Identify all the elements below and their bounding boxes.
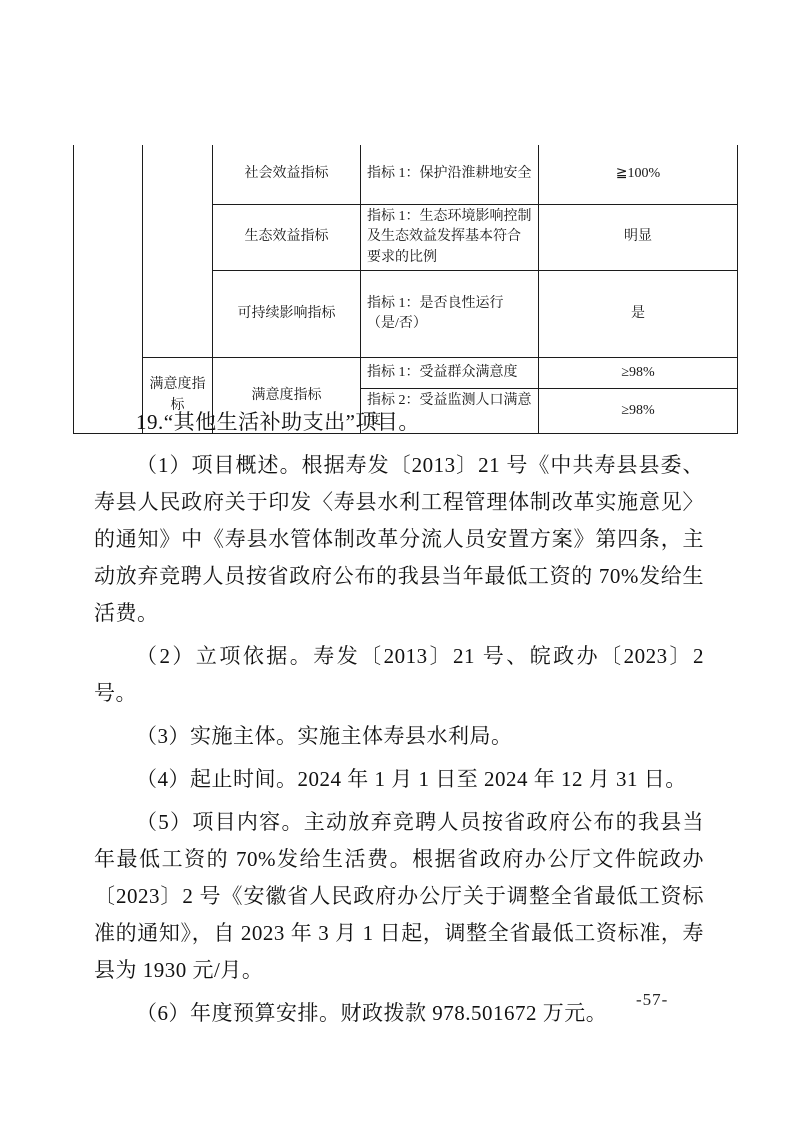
paragraph-annual-budget: （6）年度预算安排。财政拨款 978.501672 万元。 xyxy=(94,995,704,1032)
document-page: 社会效益指标 指标 1：保护沿淮耕地安全 ≧100% 生态效益指标 指标 1：生… xyxy=(0,0,795,1122)
performance-indicator-table: 社会效益指标 指标 1：保护沿淮耕地安全 ≧100% 生态效益指标 指标 1：生… xyxy=(73,145,738,434)
document-body: 19.“其他生活补助支出”项目。 （1）项目概述。根据寿发〔2013〕21 号《… xyxy=(94,404,704,1038)
table-cell-indicator: 指标 1：生态环境影响控制及生态效益发挥基本符合要求的比例 xyxy=(361,205,539,271)
table-cell-value: ≥98% xyxy=(539,357,738,388)
table-cell-value: ≧100% xyxy=(539,145,738,205)
table-cell-indicator: 指标 1：是否良性运行（是/否） xyxy=(361,270,539,357)
table-cell-category: 生态效益指标 xyxy=(213,205,361,271)
page-number: -57- xyxy=(636,990,668,1010)
paragraph-project-overview: （1）项目概述。根据寿发〔2013〕21 号《中共寿县县委、寿县人民政府关于印发… xyxy=(94,447,704,632)
table-cell-indicator: 指标 1：保护沿淮耕地安全 xyxy=(361,145,539,205)
table-row: 社会效益指标 指标 1：保护沿淮耕地安全 ≧100% xyxy=(74,145,738,205)
paragraph-time-span: （4）起止时间。2024 年 1 月 1 日至 2024 年 12 月 31 日… xyxy=(94,761,704,798)
paragraph-implementing-body: （3）实施主体。实施主体寿县水利局。 xyxy=(94,718,704,755)
table-cell-value: 是 xyxy=(539,270,738,357)
table-cell-indicator: 指标 1：受益群众满意度 xyxy=(361,357,539,388)
table-cell-empty-group xyxy=(143,145,213,357)
table-cell-empty-left xyxy=(74,145,143,434)
table-cell-category: 社会效益指标 xyxy=(213,145,361,205)
section-heading: 19.“其他生活补助支出”项目。 xyxy=(94,404,704,441)
paragraph-approval-basis: （2）立项依据。寿发〔2013〕21 号、皖政办〔2023〕2 号。 xyxy=(94,638,704,712)
table-cell-category: 可持续影响指标 xyxy=(213,270,361,357)
table-cell-value: 明显 xyxy=(539,205,738,271)
paragraph-project-content: （5）项目内容。主动放弃竞聘人员按省政府公布的我县当年最低工资的 70%发给生活… xyxy=(94,804,704,989)
table-row: 满意度指标 满意度指标 指标 1：受益群众满意度 ≥98% xyxy=(74,357,738,388)
